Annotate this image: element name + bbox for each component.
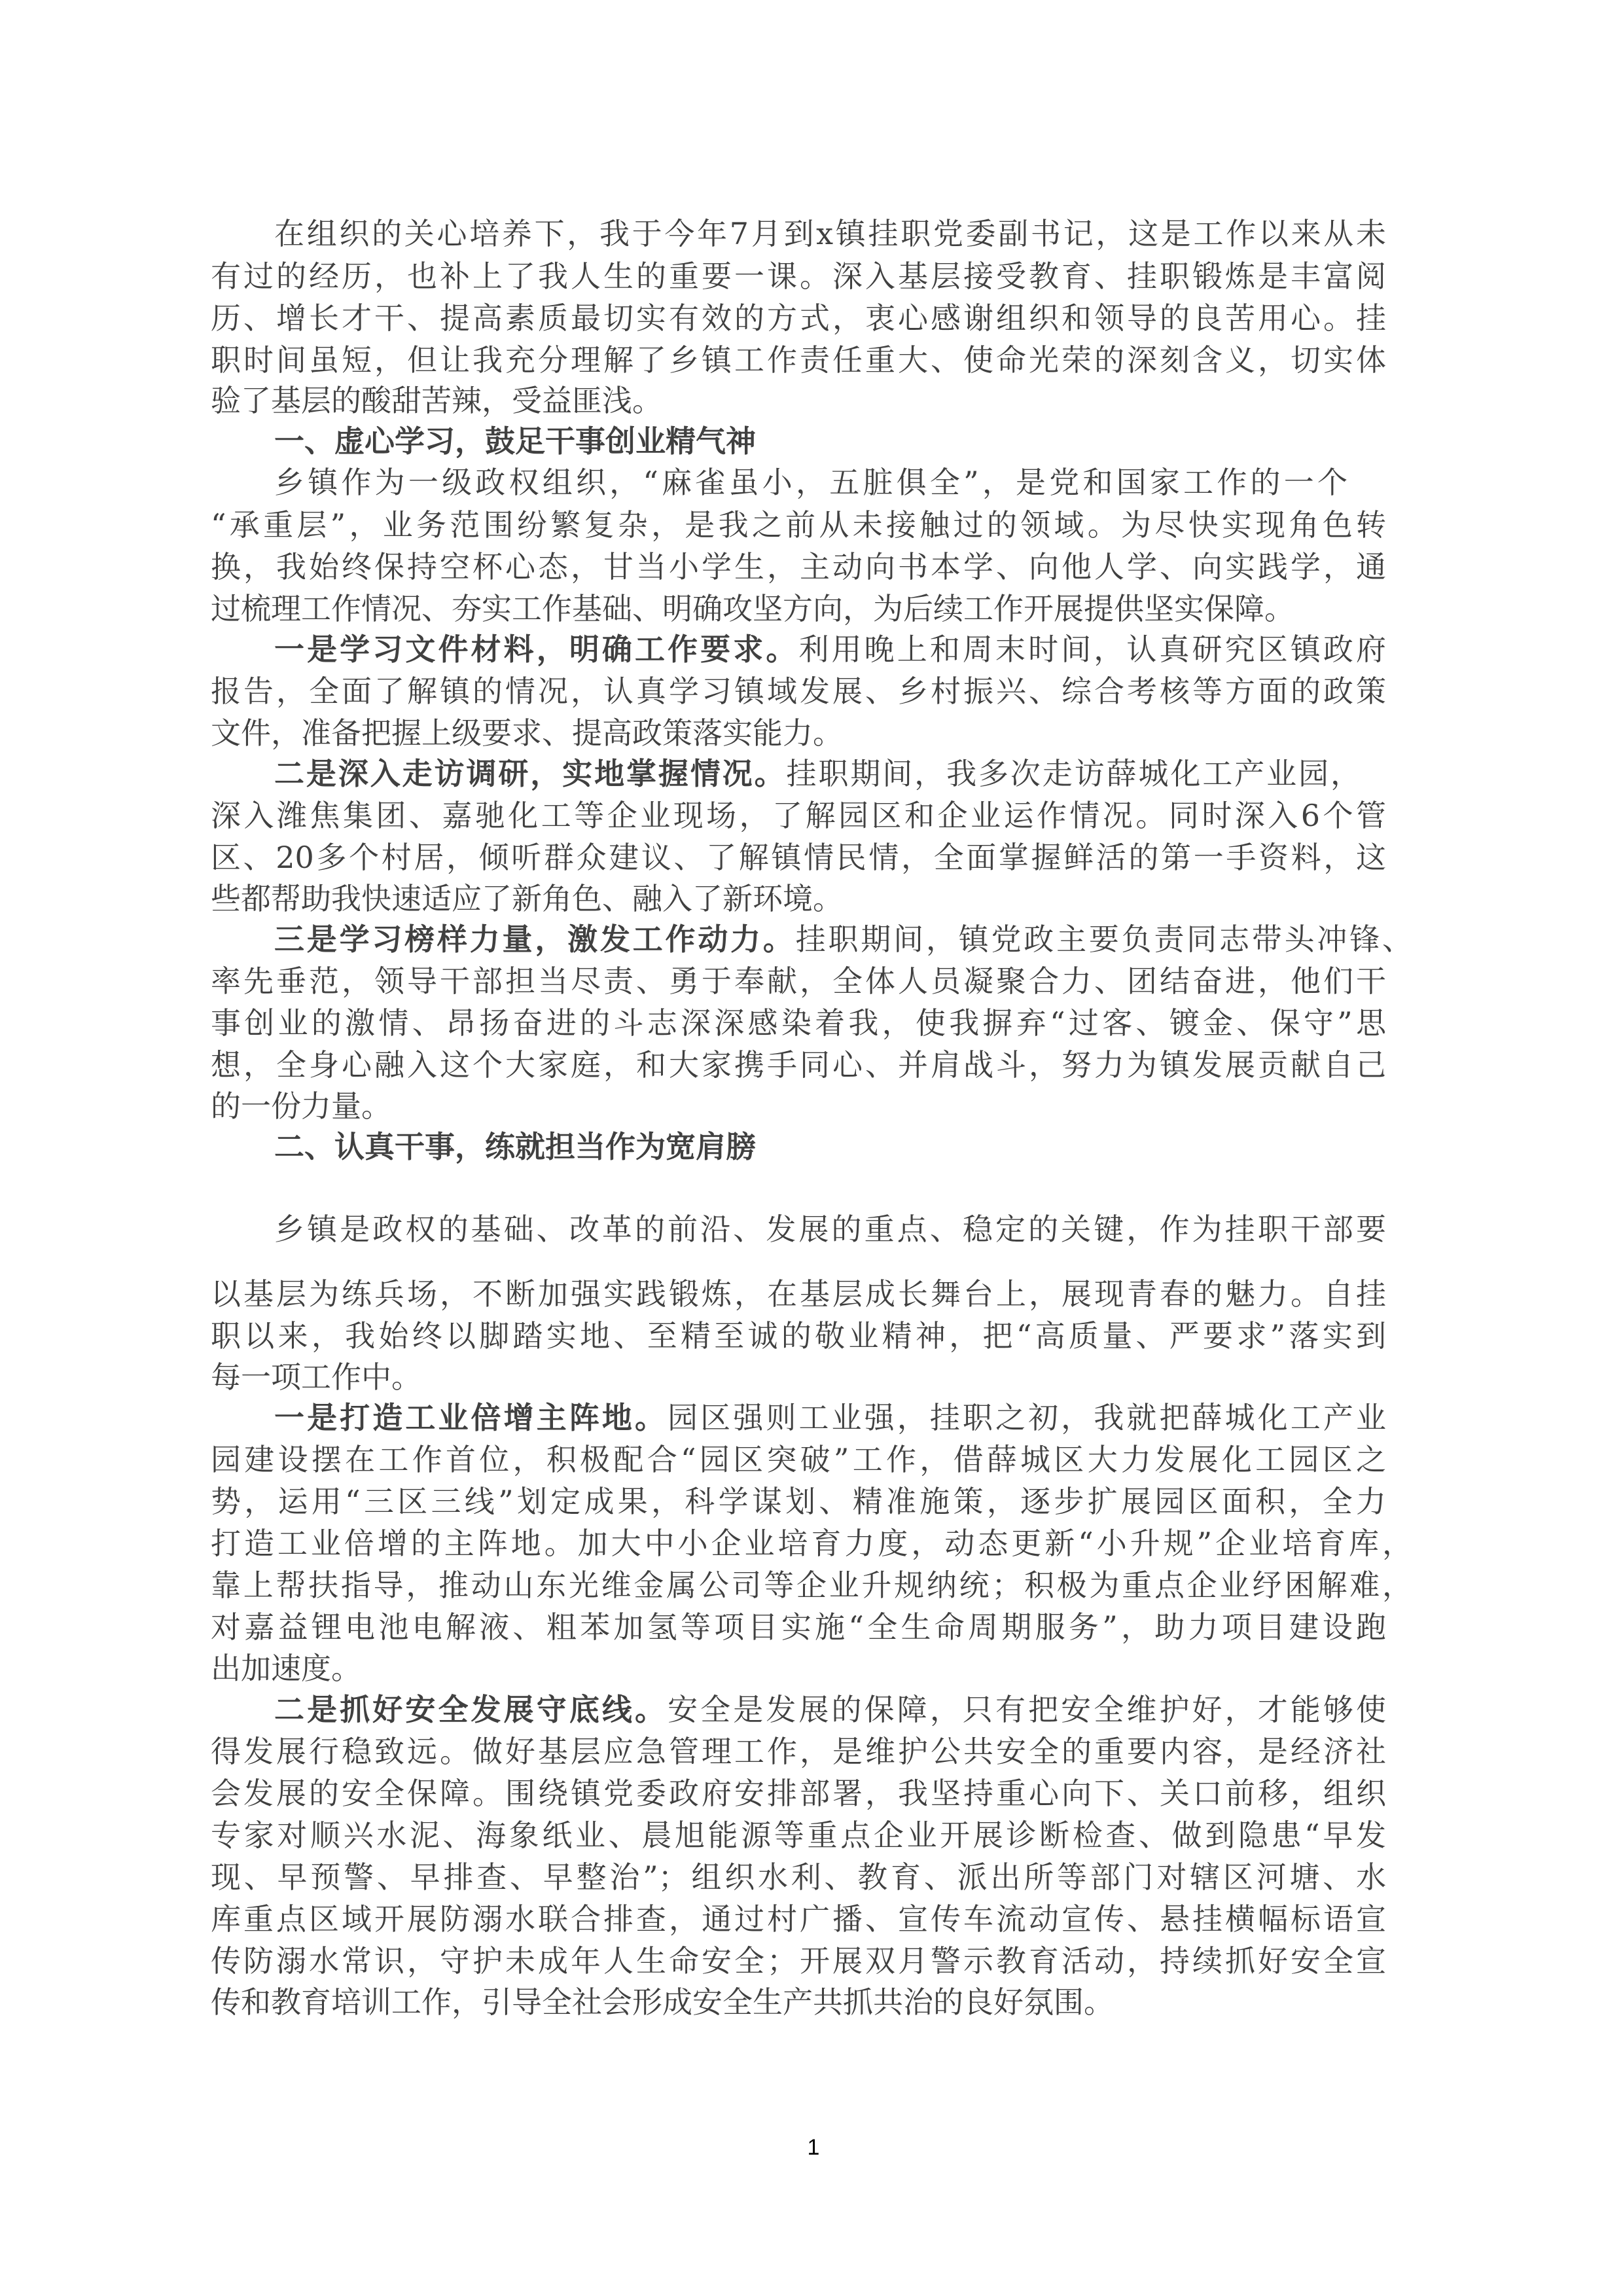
lead-paragraph-line: 文件，准备把握上级要求、提高政策落实能力。 [211,712,1386,754]
lead-paragraph-line: 出加速度。 [211,1647,1386,1689]
lead-paragraph-line: 事创业的激情、昂扬奋进的斗志深深感染着我，使我摒弃“过客、镀金、保守”思 [211,1002,1386,1044]
lead-paragraph-line: 报告，全面了解镇的情况，认真学习镇域发展、乡村振兴、综合考核等方面的政策 [211,670,1386,712]
section1-intro-line: 乡镇作为一级政权组织，“麻雀虽小，五脏俱全”，是党和国家工作的一个 [274,461,1347,503]
lead-phrase: 一是学习文件材料，明确工作要求。 [274,632,798,667]
lead-paragraph-line: 区、20多个村居，倾听群众建议、了解镇情民情，全面掌握鲜活的第一手资料，这 [211,836,1386,878]
lead-paragraph-line: 三是学习榜样力量，激发工作动力。挂职期间，镇党政主要负责同志带头冲锋、 [274,918,1412,960]
intro-paragraph-line: 有过的经历，也补上了我人生的重要一课。深入基层接受教育、挂职锻炼是丰富阅 [211,255,1386,297]
lead-paragraph-line: 想，全身心融入这个大家庭，和大家携手同心、并肩战斗，努力为镇发展贡献自己 [211,1044,1386,1086]
lead-paragraph-line: 二是抓好安全发展守底线。安全是发展的保障，只有把安全维护好，才能够使 [274,1689,1386,1731]
section2-intro-line: 职以来，我始终以脚踏实地、至精至诚的敬业精神，把“高质量、严要求”落实到 [211,1315,1386,1357]
lead-paragraph-text: 挂职期间，我多次走访薛城化工产业园， [787,756,1361,791]
lead-paragraph-line: 传和教育培训工作，引导全社会形成安全生产共抓共治的良好氛围。 [211,1981,1386,2023]
lead-paragraph-line: 得发展行稳致远。做好基层应急管理工作，是维护公共安全的重要内容，是经济社 [211,1731,1386,1772]
section-heading-1: 一、虚心学习，鼓足干事创业精气神 [274,420,1386,462]
lead-paragraph-line: 靠上帮扶指导，推动山东光维金属公司等企业升规纳统；积极为重点企业纾困解难， [211,1564,1412,1606]
lead-paragraph-line: 会发展的安全保障。围绕镇党委政府安排部署，我坚持重心向下、关口前移，组织 [211,1772,1386,1814]
lead-paragraph-line: 一是打造工业倍增主阵地。园区强则工业强，挂职之初，我就把薛城化工产业 [274,1397,1386,1439]
lead-paragraph-text: 挂职期间，镇党政主要负责同志带头冲锋、 [796,922,1412,957]
section2-intro-line: 每一项工作中。 [211,1356,1386,1398]
lead-paragraph-line: 势，运用“三区三线”划定成果，科学谋划、精准施策，逐步扩展园区面积，全力 [211,1480,1386,1522]
section2-intro-line: 以基层为练兵场，不断加强实践锻炼，在基层成长舞台上，展现青春的魅力。自挂 [211,1273,1386,1315]
intro-paragraph-line: 职时间虽短，但让我充分理解了乡镇工作责任重大、使命光荣的深刻含义，切实体 [211,339,1386,381]
lead-paragraph-line: 现、早预警、早排查、早整治”；组织水利、教育、派出所等部门对辖区河塘、水 [211,1856,1386,1898]
intro-paragraph-line: 验了基层的酸甜苦辣，受益匪浅。 [211,380,1386,422]
intro-paragraph-line: 历、增长才干、提高素质最切实有效的方式，衷心感谢组织和领导的良苦用心。挂 [211,297,1386,339]
document-page: 在组织的关心培养下，我于今年7月到x镇挂职党委副书记，这是工作以来从未 有过的经… [0,0,1623,2296]
intro-paragraph-line: 在组织的关心培养下，我于今年7月到x镇挂职党委副书记，这是工作以来从未 [274,213,1386,255]
page-number: 1 [804,2135,823,2161]
lead-paragraph-line: 的一份力量。 [211,1085,1386,1127]
lead-phrase: 一是打造工业倍增主阵地。 [274,1400,668,1435]
lead-paragraph-line: 专家对顺兴水泥、海象纸业、晨旭能源等重点企业开展诊断检查、做到隐患“早发 [211,1814,1386,1856]
lead-paragraph-line: 率先垂范，领导干部担当尽责、勇于奉献，全体人员凝聚合力、团结奋进，他们干 [211,960,1386,1002]
lead-paragraph-line: 传防溺水常识，守护未成年人生命安全；开展双月警示教育活动，持续抓好安全宣 [211,1940,1386,1982]
section-heading-2: 二、认真干事，练就担当作为宽肩膀 [274,1126,1386,1168]
lead-paragraph-text: 利用晚上和周末时间，认真研究区镇政府 [798,632,1386,667]
lead-paragraph-line: 二是深入走访调研，实地掌握情况。挂职期间，我多次走访薛城化工产业园， [274,753,1361,795]
section1-intro-line: “承重层”，业务范围纷繁复杂，是我之前从未接触过的领域。为尽快实现角色转 [211,504,1386,546]
lead-paragraph-line: 些都帮助我快速适应了新角色、融入了新环境。 [211,878,1386,920]
section1-intro-line: 换，我始终保持空杯心态，甘当小学生，主动向书本学、向他人学、向实践学，通 [211,546,1386,588]
lead-paragraph-line: 一是学习文件材料，明确工作要求。利用晚上和周末时间，认真研究区镇政府 [274,628,1386,670]
lead-paragraph-line: 深入潍焦集团、嘉驰化工等企业现场，了解园区和企业运作情况。同时深入6个管 [211,795,1386,836]
lead-paragraph-line: 园建设摆在工作首位，积极配合“园区突破”工作，借薛城区大力发展化工园区之 [211,1439,1386,1480]
lead-paragraph-text: 园区强则工业强，挂职之初，我就把薛城化工产业 [668,1400,1386,1435]
lead-paragraph-line: 库重点区域开展防溺水联合排查，通过村广播、宣传车流动宣传、悬挂横幅标语宣 [211,1898,1386,1940]
lead-paragraph-line: 对嘉益锂电池电解液、粗苯加氢等项目实施“全生命周期服务”，助力项目建设跑 [211,1606,1386,1648]
lead-phrase: 三是学习榜样力量，激发工作动力。 [274,922,796,957]
lead-paragraph-text: 安全是发展的保障，只有把安全维护好，才能够使 [668,1692,1386,1727]
section1-intro-line: 过梳理工作情况、夯实工作基础、明确攻坚方向，为后续工作开展提供坚实保障。 [211,588,1386,630]
lead-paragraph-line: 打造工业倍增的主阵地。加大中小企业培育力度，动态更新“小升规”企业培育库， [211,1522,1412,1564]
lead-phrase: 二是深入走访调研，实地掌握情况。 [274,756,787,791]
lead-phrase: 二是抓好安全发展守底线。 [274,1692,668,1727]
section2-intro-line: 乡镇是政权的基础、改革的前沿、发展的重点、稳定的关键，作为挂职干部要 [274,1208,1386,1250]
